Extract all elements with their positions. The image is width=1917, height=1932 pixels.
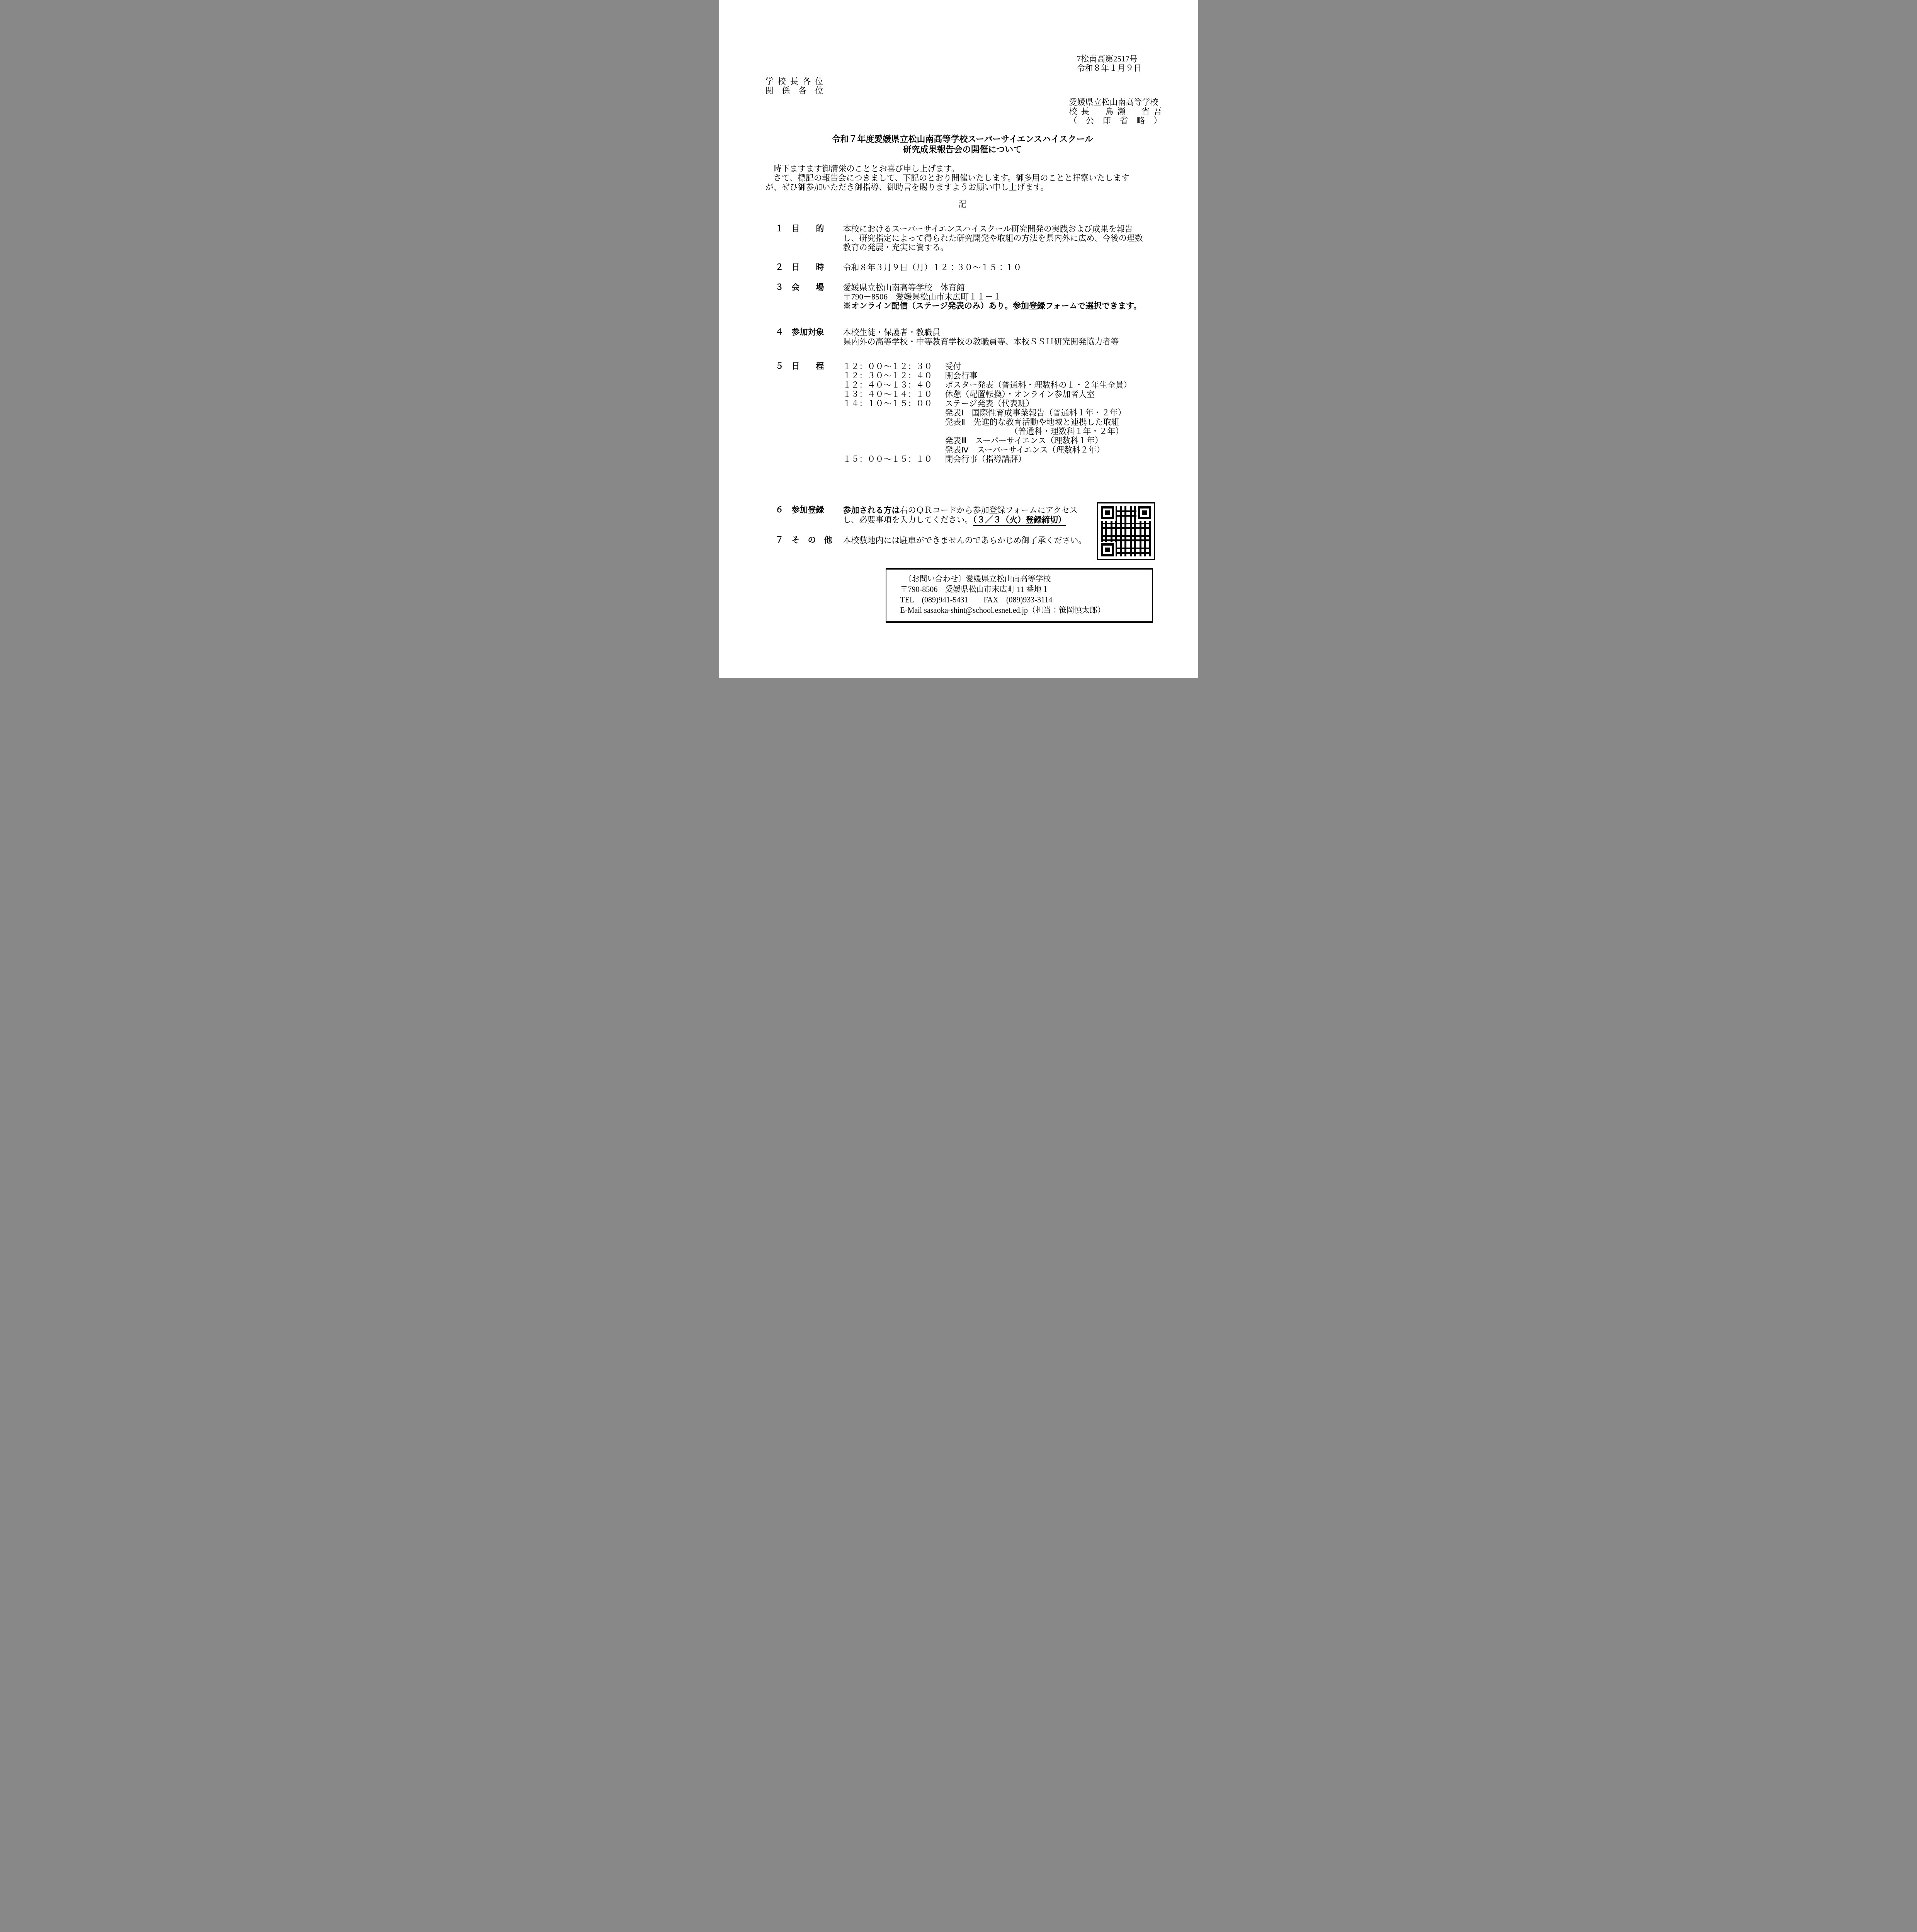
sender-seal-note: （公印省略） [1069, 116, 1162, 125]
contact-address: 〒790-8506 愛媛県松山市末広町 11 番地１ [900, 585, 1148, 595]
document-title-line2: 研究成果報告会の開催について [765, 144, 1160, 155]
schedule-row: 発表Ⅲ スーパーサイエンス（理数科１年） [843, 436, 1160, 445]
schedule-time: １２：００～１２：３０ [843, 362, 945, 371]
schedule-row: （普通科・理数科１年・２年） [843, 427, 1160, 436]
document-date: 令和８年１月９日 [1077, 63, 1160, 73]
schedule-event: ステージ発表（代表班） [945, 399, 1160, 408]
schedule-event: 受付 [945, 362, 1160, 371]
qr-finder-top-right [1138, 506, 1151, 519]
sender-principal-name: 校長 島瀬 省吾 [1069, 107, 1162, 116]
schedule-presentation-3: 発表Ⅲ スーパーサイエンス（理数科１年） [945, 436, 1160, 445]
item-purpose-label: １ 目 的 [765, 224, 843, 233]
schedule-presentation-4: 発表Ⅳ スーパーサイエンス（理数科２年） [945, 445, 1160, 454]
schedule-event: 閉会行事（指導講評） [945, 454, 1160, 464]
schedule-row: １５：００～１５：１０ 閉会行事（指導講評） [843, 454, 1160, 464]
item-schedule: ５ 日 程 １２：００～１２：３０ 受付 １２：３０～１２：４０ 開会行事 １２… [765, 362, 1160, 464]
schedule-time: １４：１０～１５：００ [843, 399, 945, 408]
sender-organization: 愛媛県立松山南高等学校 [1069, 97, 1162, 107]
greeting-line: 時下ますます御清栄のこととお喜び申し上げます。 [765, 164, 1160, 173]
schedule-row: 発表Ⅱ 先進的な教育活動や地域と連携した取組 [843, 417, 1160, 427]
item-datetime-label: ２ 日 時 [765, 263, 843, 272]
schedule-time: １２：４０～１３：４０ [843, 380, 945, 389]
item-datetime: ２ 日 時 令和８年３月９日（月）１２：３０～１５：１０ [765, 263, 1160, 272]
item-purpose: １ 目 的 本校におけるスーパーサイエンスハイスクール研究開発の実践および成果を… [765, 224, 1160, 252]
contact-organization: 〔お問い合わせ〕愛媛県立松山南高等学校 [900, 574, 1148, 585]
registration-line1: 参加される方は右のＱＲコードから参加登録フォームにアクセス [843, 505, 1090, 515]
qr-finder-top-left [1101, 506, 1114, 519]
item-venue-content: 愛媛県立松山南高等学校 体育館 〒790－8506 愛媛県松山市末広町１１－１ … [843, 283, 1160, 311]
registration-deadline: （３／３（火）登録締切） [973, 515, 1067, 526]
schedule-presentation-1: 発表Ⅰ 国際性育成事業報告（普通科１年・２年） [945, 408, 1160, 417]
venue-name: 愛媛県立松山南高等学校 体育館 [843, 283, 1160, 292]
item-participants: ４ 参加対象 本校生徒・保護者・教職員 県内外の高等学校・中等教育学校の教職員等… [765, 328, 1160, 346]
item-schedule-label: ５ 日 程 [765, 362, 843, 371]
schedule-time [843, 445, 945, 454]
ki-marker: 記 [765, 199, 1160, 209]
registration-emphasis: 参加される方は [843, 506, 900, 515]
item-participants-content: 本校生徒・保護者・教職員 県内外の高等学校・中等教育学校の教職員等、本校ＳＳＨ研… [843, 328, 1160, 346]
schedule-presentation-2: 発表Ⅱ 先進的な教育活動や地域と連携した取組 [945, 417, 1160, 427]
schedule-time: １２：３０～１２：４０ [843, 371, 945, 380]
item-registration-label: ６ 参加登録 [765, 505, 843, 515]
schedule-time [843, 408, 945, 417]
schedule-row: １３：４０～１４：１０ 休憩（配置転換）・オンライン参加者入室 [843, 389, 1160, 399]
item-datetime-content: 令和８年３月９日（月）１２：３０～１５：１０ [843, 263, 1160, 272]
schedule-row: 発表Ⅰ 国際性育成事業報告（普通科１年・２年） [843, 408, 1160, 417]
addressee-block: 学校長各位 関係各位 [765, 77, 823, 95]
purpose-line: 本校におけるスーパーサイエンスハイスクール研究開発の実践および成果を報告 [843, 224, 1160, 233]
item-purpose-content: 本校におけるスーパーサイエンスハイスクール研究開発の実践および成果を報告 し、研… [843, 224, 1160, 252]
venue-online-note: ※オンライン配信（ステージ発表のみ）あり。参加登録フォームで選択できます。 [843, 301, 1160, 311]
schedule-presentation-2-note: （普通科・理数科１年・２年） [945, 427, 1160, 436]
schedule-time: １３：４０～１４：１０ [843, 389, 945, 399]
schedule-time [843, 417, 945, 427]
schedule-time [843, 427, 945, 436]
schedule-time: １５：００～１５：１０ [843, 454, 945, 464]
item-other-label: ７ そ の 他 [765, 536, 843, 545]
contact-tel-fax: TEL (089)941-5431 FAX (089)933-3114 [900, 595, 1148, 605]
document-page: 7松南高第2517号 令和８年１月９日 学校長各位 関係各位 愛媛県立松山南高等… [719, 0, 1198, 678]
schedule-row: 発表Ⅳ スーパーサイエンス（理数科２年） [843, 445, 1160, 454]
schedule-event: 開会行事 [945, 371, 1160, 380]
venue-address: 〒790－8506 愛媛県松山市末広町１１－１ [843, 292, 1160, 301]
qr-finder-bottom-left [1101, 543, 1114, 556]
purpose-line: し、研究指定によって得られた研究開発や取組の方法を県内外に広め、今後の理数 [843, 233, 1160, 243]
registration-line2-plain: し、必要事項を入力してください。 [843, 515, 973, 524]
item-participants-label: ４ 参加対象 [765, 328, 843, 337]
schedule-row: １２：３０～１２：４０ 開会行事 [843, 371, 1160, 380]
item-venue: ３ 会 場 愛媛県立松山南高等学校 体育館 〒790－8506 愛媛県松山市末広… [765, 283, 1160, 311]
schedule-time [843, 436, 945, 445]
item-registration-content: 参加される方は右のＱＲコードから参加登録フォームにアクセス し、必要事項を入力し… [843, 505, 1090, 525]
greeting-line: さて、標記の報告会につきまして、下記のとおり開催いたします。御多用のことと拝察い… [765, 173, 1160, 182]
greeting-line: が、ぜひ御参加いただき御指導、御助言を賜りますようお願い申し上げます。 [765, 182, 1160, 192]
document-number: 7松南高第2517号 [1077, 54, 1160, 63]
schedule-row: １２：００～１２：３０ 受付 [843, 362, 1160, 371]
registration-line1-rest: 右のＱＲコードから参加登録フォームにアクセス [900, 505, 1078, 515]
item-schedule-content: １２：００～１２：３０ 受付 １２：３０～１２：４０ 開会行事 １２：４０～１３… [843, 362, 1160, 464]
registration-qr-code [1097, 502, 1155, 560]
contact-email: E-Mail sasaoka-shint@school.esnet.ed.jp（… [900, 605, 1148, 616]
greeting-paragraph: 時下ますます御清栄のこととお喜び申し上げます。 さて、標記の報告会につきまして、… [765, 164, 1160, 192]
contact-box: 〔お問い合わせ〕愛媛県立松山南高等学校 〒790-8506 愛媛県松山市末広町 … [886, 568, 1153, 623]
schedule-row: １２：４０～１３：４０ ポスター発表（普通科・理数科の１・２年生全員） [843, 380, 1160, 389]
document-title-line1: 令和７年度愛媛県立松山南高等学校スーパーサイエンスハイスクール [765, 134, 1160, 144]
addressee-principals: 学校長各位 [765, 77, 823, 86]
participants-line: 本校生徒・保護者・教職員 [843, 328, 1160, 337]
sender-block: 愛媛県立松山南高等学校 校長 島瀬 省吾 （公印省略） [1069, 97, 1162, 125]
addressee-related: 関係各位 [765, 86, 823, 95]
purpose-line: 教育の発展・充実に資する。 [843, 243, 1160, 252]
document-header: 7松南高第2517号 令和８年１月９日 [1077, 54, 1160, 73]
schedule-row: １４：１０～１５：００ ステージ発表（代表班） [843, 399, 1160, 408]
registration-line2: し、必要事項を入力してください。（３／３（火）登録締切） [843, 515, 1090, 525]
item-venue-label: ３ 会 場 [765, 283, 843, 292]
schedule-event: ポスター発表（普通科・理数科の１・２年生全員） [945, 380, 1160, 389]
schedule-event: 休憩（配置転換）・オンライン参加者入室 [945, 389, 1160, 399]
document-title: 令和７年度愛媛県立松山南高等学校スーパーサイエンスハイスクール 研究成果報告会の… [765, 134, 1160, 155]
participants-line: 県内外の高等学校・中等教育学校の教職員等、本校ＳＳＨ研究開発協力者等 [843, 337, 1160, 346]
